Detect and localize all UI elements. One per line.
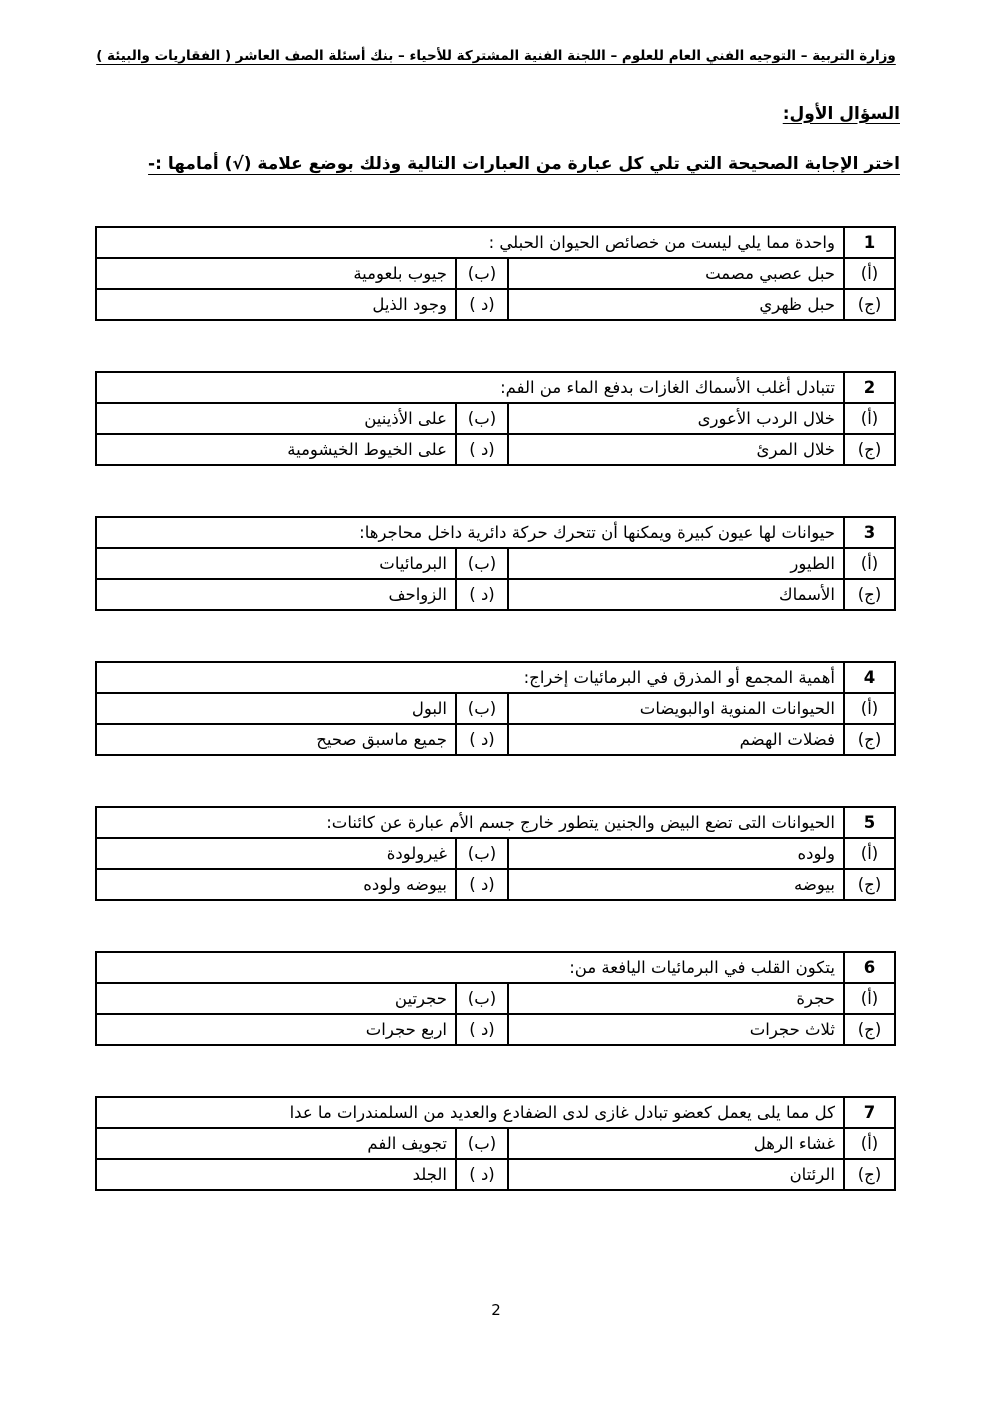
question-number: 5 — [844, 807, 895, 838]
question-row: 2 تتبادل أغلب الأسماك الغازات بدفع الماء… — [96, 372, 895, 403]
option-label-c: (ج) — [844, 724, 895, 755]
question-number: 2 — [844, 372, 895, 403]
question-text: أهمية المجمع أو المذرق في البرمائيات إخر… — [96, 662, 844, 693]
option-text-c: الأسماك — [508, 579, 844, 610]
option-text-d: الزواحف — [96, 579, 456, 610]
option-text-b: البرمائيات — [96, 548, 456, 579]
option-label-d: (د ) — [456, 579, 508, 610]
question-table-1: 1 واحدة مما يلي ليست من خصائص الحيوان ال… — [95, 226, 896, 321]
option-text-a: ولوده — [508, 838, 844, 869]
option-text-b: تجويف الفم — [96, 1128, 456, 1159]
question-text: كل مما يلى يعمل كعضو تبادل غازى لدى الضف… — [96, 1097, 844, 1128]
option-label-a: (أ) — [844, 403, 895, 434]
option-label-c: (ج) — [844, 434, 895, 465]
section-title: السؤال الأول: — [0, 104, 900, 124]
answer-row: (أ) الطيور (ب) البرمائيات — [96, 548, 895, 579]
answer-row: (ج) الأسماك (د ) الزواحف — [96, 579, 895, 610]
option-text-b: جيوب بلعومية — [96, 258, 456, 289]
question-text: واحدة مما يلي ليست من خصائص الحيوان الحب… — [96, 227, 844, 258]
question-row: 3 حيوانات لها عيون كبيرة ويمكنها أن تتحر… — [96, 517, 895, 548]
option-label-d: (د ) — [456, 724, 508, 755]
option-label-c: (ج) — [844, 579, 895, 610]
option-label-d: (د ) — [456, 289, 508, 320]
option-label-b: (ب) — [456, 693, 508, 724]
option-label-a: (أ) — [844, 983, 895, 1014]
question-row: 4 أهمية المجمع أو المذرق في البرمائيات إ… — [96, 662, 895, 693]
option-text-b: حجرتين — [96, 983, 456, 1014]
option-label-a: (أ) — [844, 548, 895, 579]
option-label-d: (د ) — [456, 1159, 508, 1190]
option-text-d: جميع ماسبق صحيح — [96, 724, 456, 755]
question-text: حيوانات لها عيون كبيرة ويمكنها أن تتحرك … — [96, 517, 844, 548]
option-text-c: خلال المرئ — [508, 434, 844, 465]
option-label-a: (أ) — [844, 258, 895, 289]
answer-row: (أ) ولوده (ب) غيرولودة — [96, 838, 895, 869]
question-number: 4 — [844, 662, 895, 693]
option-text-b: على الأذينين — [96, 403, 456, 434]
option-text-c: بيوضه — [508, 869, 844, 900]
page-header: وزارة التربية – التوجيه الفني العام للعل… — [60, 46, 932, 68]
option-label-c: (ج) — [844, 289, 895, 320]
question-number: 6 — [844, 952, 895, 983]
question-row: 6 يتكون القلب في البرمائيات اليافعة من: — [96, 952, 895, 983]
option-text-c: فضلات الهضم — [508, 724, 844, 755]
question-text: تتبادل أغلب الأسماك الغازات بدفع الماء م… — [96, 372, 844, 403]
option-text-b: غيرولودة — [96, 838, 456, 869]
option-label-a: (أ) — [844, 838, 895, 869]
question-number: 1 — [844, 227, 895, 258]
answer-row: (أ) حجرة (ب) حجرتين — [96, 983, 895, 1014]
option-label-d: (د ) — [456, 434, 508, 465]
question-table-2: 2 تتبادل أغلب الأسماك الغازات بدفع الماء… — [95, 371, 896, 466]
option-text-d: وجود الذيل — [96, 289, 456, 320]
answer-row: (ج) بيوضه (د ) بيوضه ولوده — [96, 869, 895, 900]
option-label-b: (ب) — [456, 983, 508, 1014]
question-table-5: 5 الحيوانات التى تضع البيض والجنين يتطور… — [95, 806, 896, 901]
option-label-a: (أ) — [844, 1128, 895, 1159]
question-row: 7 كل مما يلى يعمل كعضو تبادل غازى لدى ال… — [96, 1097, 895, 1128]
page-number: 2 — [0, 1301, 992, 1319]
answer-row: (أ) حبل عصبي مصمت (ب) جيوب بلعومية — [96, 258, 895, 289]
option-label-c: (ج) — [844, 1159, 895, 1190]
option-label-b: (ب) — [456, 548, 508, 579]
answer-row: (ج) فضلات الهضم (د ) جميع ماسبق صحيح — [96, 724, 895, 755]
exam-page: وزارة التربية – التوجيه الفني العام للعل… — [0, 0, 992, 1403]
option-label-a: (أ) — [844, 693, 895, 724]
answer-row: (أ) الحيوانات المنوية اوالبويضات (ب) الب… — [96, 693, 895, 724]
instruction-text: اختر الإجابة الصحيحة التي تلي كل عبارة م… — [0, 154, 900, 174]
option-text-d: على الخيوط الخيشومية — [96, 434, 456, 465]
answer-row: (ج) ثلاث حجرات (د ) اربع حجرات — [96, 1014, 895, 1045]
option-text-d: اربع حجرات — [96, 1014, 456, 1045]
option-label-d: (د ) — [456, 869, 508, 900]
option-text-a: حبل عصبي مصمت — [508, 258, 844, 289]
option-text-d: الجلد — [96, 1159, 456, 1190]
question-text: الحيوانات التى تضع البيض والجنين يتطور خ… — [96, 807, 844, 838]
answer-row: (ج) الرئتان (د ) الجلد — [96, 1159, 895, 1190]
option-label-b: (ب) — [456, 1128, 508, 1159]
option-text-c: ثلاث حجرات — [508, 1014, 844, 1045]
option-text-c: الرئتان — [508, 1159, 844, 1190]
option-text-c: حبل ظهري — [508, 289, 844, 320]
option-text-a: الحيوانات المنوية اوالبويضات — [508, 693, 844, 724]
question-number: 7 — [844, 1097, 895, 1128]
option-label-b: (ب) — [456, 403, 508, 434]
answer-row: (ج) خلال المرئ (د ) على الخيوط الخيشومية — [96, 434, 895, 465]
option-label-b: (ب) — [456, 838, 508, 869]
question-row: 1 واحدة مما يلي ليست من خصائص الحيوان ال… — [96, 227, 895, 258]
option-text-d: بيوضه ولوده — [96, 869, 456, 900]
option-label-c: (ج) — [844, 869, 895, 900]
answer-row: (أ) خلال الردب الأعورى (ب) على الأذينين — [96, 403, 895, 434]
answer-row: (ج) حبل ظهري (د ) وجود الذيل — [96, 289, 895, 320]
option-text-b: البول — [96, 693, 456, 724]
question-row: 5 الحيوانات التى تضع البيض والجنين يتطور… — [96, 807, 895, 838]
option-text-a: الطيور — [508, 548, 844, 579]
option-label-c: (ج) — [844, 1014, 895, 1045]
question-table-7: 7 كل مما يلى يعمل كعضو تبادل غازى لدى ال… — [95, 1096, 896, 1191]
option-text-a: حجرة — [508, 983, 844, 1014]
option-text-a: غشاء الرهل — [508, 1128, 844, 1159]
option-text-a: خلال الردب الأعورى — [508, 403, 844, 434]
answer-row: (أ) غشاء الرهل (ب) تجويف الفم — [96, 1128, 895, 1159]
question-number: 3 — [844, 517, 895, 548]
question-table-6: 6 يتكون القلب في البرمائيات اليافعة من: … — [95, 951, 896, 1046]
question-text: يتكون القلب في البرمائيات اليافعة من: — [96, 952, 844, 983]
question-table-3: 3 حيوانات لها عيون كبيرة ويمكنها أن تتحر… — [95, 516, 896, 611]
option-label-d: (د ) — [456, 1014, 508, 1045]
question-table-4: 4 أهمية المجمع أو المذرق في البرمائيات إ… — [95, 661, 896, 756]
option-label-b: (ب) — [456, 258, 508, 289]
